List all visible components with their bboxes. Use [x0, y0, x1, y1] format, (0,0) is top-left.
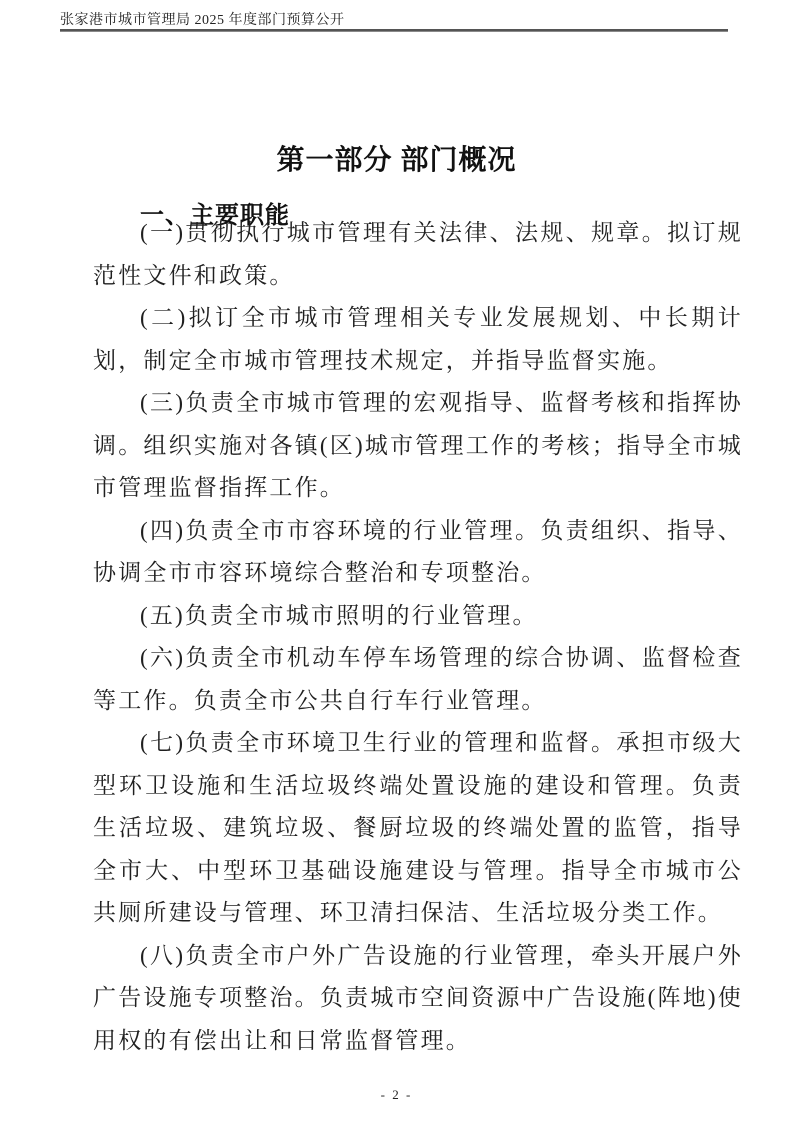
document-page: 张家港市城市管理局 2025 年度部门预算公开 第一部分 部门概况 一、主要职能… [0, 0, 793, 1122]
page-header: 张家港市城市管理局 2025 年度部门预算公开 [60, 13, 728, 32]
function-paragraph-3: (三)负责全市城市管理的宏观指导、监督考核和指挥协调。组织实施对各镇(区)城市管… [93, 382, 743, 510]
function-paragraph-8: (八)负责全市户外广告设施的行业管理，牵头开展户外广告设施专项整治。负责城市空间… [93, 935, 743, 1063]
page-footer: - 2 - [0, 1086, 793, 1104]
page-number: - 2 - [381, 1087, 413, 1102]
function-paragraph-2: (二)拟订全市城市管理相关专业发展规划、中长期计划，制定全市城市管理技术规定，并… [93, 297, 743, 382]
header-title: 张家港市城市管理局 2025 年度部门预算公开 [60, 13, 728, 28]
header-divider [60, 29, 728, 32]
function-paragraph-4: (四)负责全市市容环境的行业管理。负责组织、指导、协调全市市容环境综合整治和专项… [93, 510, 743, 595]
function-paragraph-7: (七)负责全市环境卫生行业的管理和监督。承担市级大型环卫设施和生活垃圾终端处置设… [93, 722, 743, 935]
document-title: 第一部分 部门概况 [0, 143, 793, 179]
function-paragraph-6: (六)负责全市机动车停车场管理的综合协调、监督检查等工作。负责全市公共自行车行业… [93, 637, 743, 722]
document-body: (一)贯彻执行城市管理有关法律、法规、规章。拟订规范性文件和政策。 (二)拟订全… [93, 212, 743, 1062]
function-paragraph-5: (五)负责全市城市照明的行业管理。 [93, 595, 743, 638]
function-paragraph-1: (一)贯彻执行城市管理有关法律、法规、规章。拟订规范性文件和政策。 [93, 212, 743, 297]
